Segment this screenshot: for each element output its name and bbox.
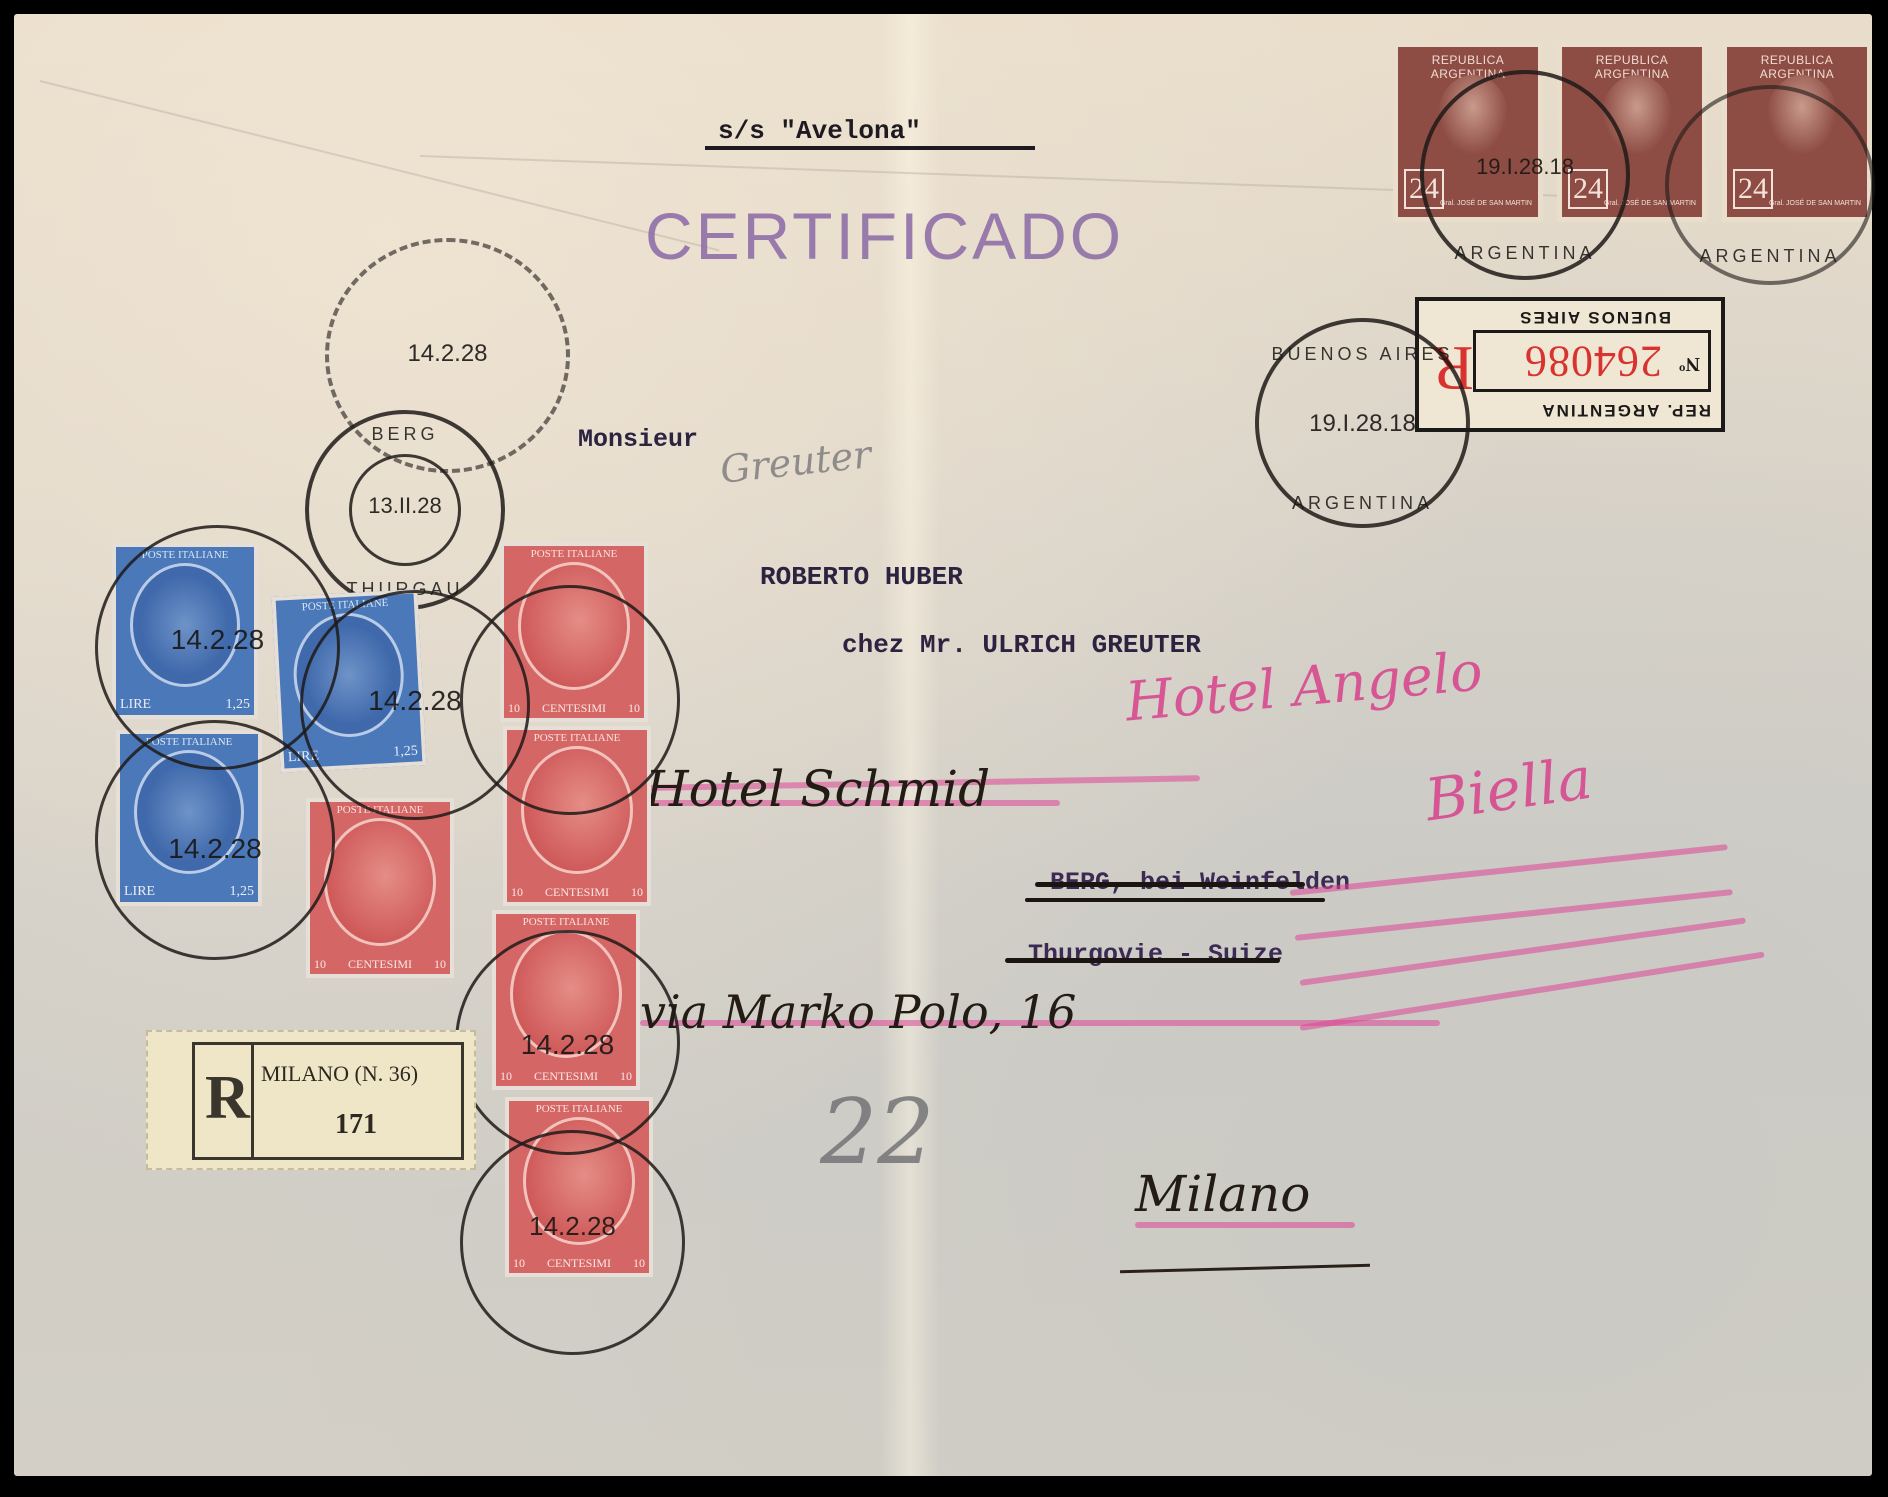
reg-no-label: Nº: [1679, 352, 1700, 375]
handwritten-city: Milano: [1135, 1165, 1310, 1223]
postmark-city: BERG: [309, 424, 501, 445]
stamp-value: 10: [314, 957, 326, 972]
postmark-country: ARGENTINA: [1259, 493, 1466, 514]
postmark-buenos-aires-top: 19.I.28.18 ARGENTINA: [1420, 70, 1630, 280]
stamp-header: POSTE ITALIANE: [500, 916, 632, 928]
postmark-milano: 14.2.28: [460, 1130, 685, 1355]
stamp-value: 10: [434, 957, 446, 972]
postmark-date: 19.I.28.18: [1424, 154, 1626, 180]
reg-office: MILANO (N. 36): [261, 1061, 418, 1087]
strike-through: [1025, 898, 1325, 902]
postmark-milano: 14.2.28: [95, 720, 335, 960]
reg-letter: R: [205, 1063, 250, 1134]
registration-label-milano: R MILANO (N. 36) 171: [146, 1030, 476, 1170]
postmark-date: 14.2.28: [329, 340, 566, 368]
handwritten-hotel: Hotel Schmid: [645, 760, 990, 818]
ship-underline: [705, 146, 1035, 150]
postmark-date: 13.II.28: [352, 493, 458, 519]
stamp-value: 10: [631, 885, 643, 900]
stamp-header: POSTE ITALIANE: [508, 548, 640, 560]
care-of-line: chez Mr. ULRICH GREUTER: [842, 630, 1201, 660]
strike-through: [1035, 882, 1305, 887]
recipient-name: ROBERTO HUBER: [760, 562, 963, 592]
postmark-date: 14.2.28: [458, 1029, 677, 1061]
reg-number: 264086: [1524, 336, 1662, 387]
postmark-buenos-aires-top-2: ARGENTINA: [1665, 85, 1875, 285]
reg-number-box: Nº 264086: [1473, 330, 1711, 392]
stamp-currency: CENTESIMI: [545, 885, 609, 900]
reg-number: 171: [335, 1109, 377, 1141]
postmark-buenos-aires-label: 19.I.28.18 BUENOS AIRES ARGENTINA: [1255, 318, 1470, 528]
postmark-milano: 14.2.28: [455, 930, 680, 1155]
stamp-currency: CENTESIMI: [348, 957, 412, 972]
salutation: Monsieur: [578, 425, 698, 454]
postmark-country: ARGENTINA: [1424, 243, 1626, 264]
postmark-date: 14.2.28: [98, 624, 337, 656]
postmark-country: ARGENTINA: [1669, 246, 1871, 267]
postmark-date: 14.2.28: [463, 1211, 682, 1242]
reg-label-country: REP. ARGENTINA: [1540, 400, 1711, 420]
postmark-inner-ring: 13.II.28: [349, 454, 461, 566]
postmark-milano: [460, 585, 680, 815]
postmark-berg-thurgau: 13.II.28 BERG THURGAU: [305, 410, 505, 610]
pencil-number: 22: [820, 1080, 935, 1185]
reg-letter-box: R: [195, 1045, 254, 1157]
ship-line: s/s "Avelona": [718, 116, 921, 146]
handwritten-street: via Marko Polo, 16: [640, 985, 1076, 1039]
reg-label-city: BUENOS AIRES: [1518, 307, 1671, 327]
strike-through: [1005, 958, 1280, 963]
postmark-date: 19.I.28.18: [1259, 410, 1466, 438]
postmark-city: BUENOS AIRES: [1259, 344, 1466, 365]
certificado-handstamp: CERTIFICADO: [645, 198, 1124, 274]
struck-address-line-2: Thurgovie - Suize: [1028, 940, 1283, 969]
reg-label-frame: R MILANO (N. 36) 171: [192, 1042, 464, 1160]
portrait-vittorio-emanuele: [324, 818, 436, 946]
stamp-value: 10: [511, 885, 523, 900]
postmark-date: 14.2.28: [98, 833, 332, 865]
